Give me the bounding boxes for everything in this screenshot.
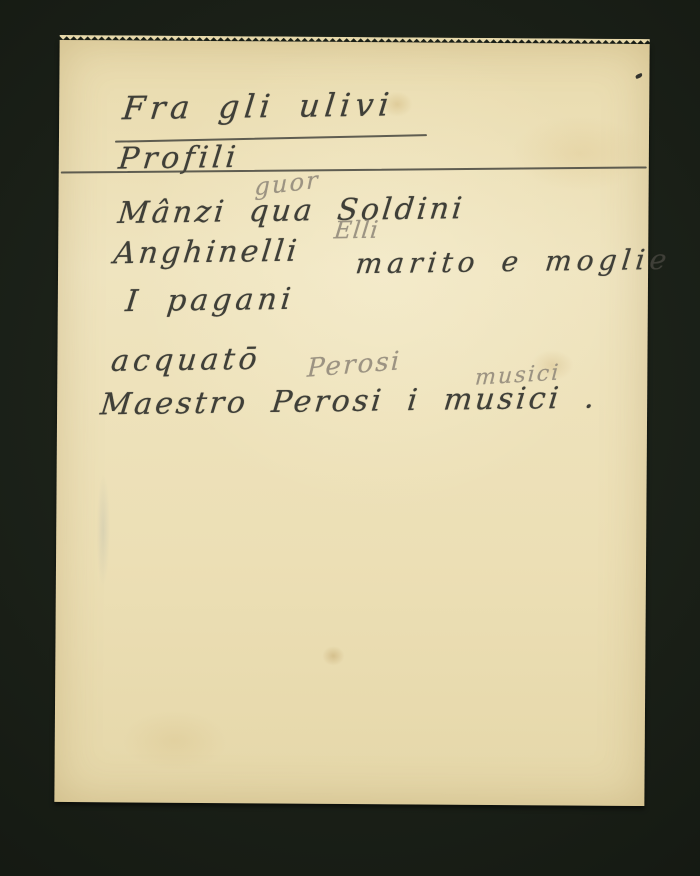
handwritten-line-4b: marito e moglie <box>354 243 673 280</box>
handwritten-line-3: Mânzi qua Soldini <box>116 191 466 231</box>
background-mat: Fra gli ulivi Profili guor Mânzi qua Sol… <box>0 0 700 876</box>
handwritten-line-4a: Anghinelli <box>112 234 301 272</box>
note-paper: Fra gli ulivi Profili guor Mânzi qua Sol… <box>54 40 649 806</box>
pen-mark <box>635 73 643 79</box>
pencil-annotation-elli: Elli <box>333 216 381 245</box>
handwritten-line-6: acquatō <box>109 342 262 379</box>
ink-smear-stain <box>94 455 113 605</box>
handwritten-line-7: Maestro Perosi i musici . <box>99 381 600 423</box>
pencil-annotation-perosi: Perosi <box>306 346 401 383</box>
handwritten-line-5: I pagani <box>124 282 297 319</box>
handwritten-title: Fra gli ulivi <box>121 85 396 127</box>
